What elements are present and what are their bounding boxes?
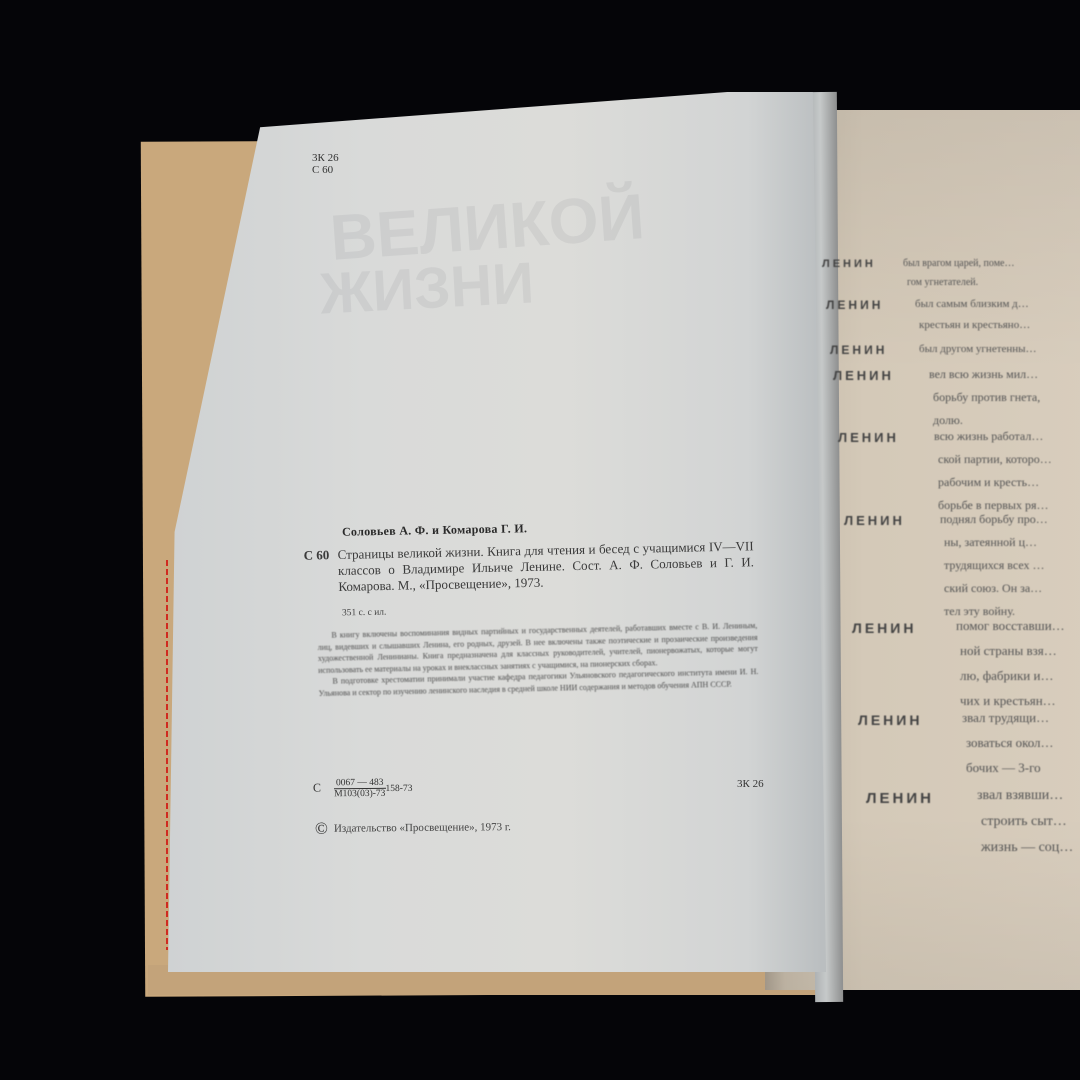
lenin-entry-line: был врагом царей, поме…: [903, 254, 1014, 274]
lenin-heading: ЛЕНИН: [826, 298, 883, 312]
copyright-line: ©Издательство «Просвещение», 1973 г.: [315, 817, 511, 839]
fraction-denominator: М103(03)-73: [334, 789, 386, 799]
catalog-index: С 60: [304, 547, 330, 564]
lenin-entry-line: вел всю жизнь мил…: [929, 364, 1038, 384]
lenin-entry-line: ский союз. Он за…: [944, 578, 1042, 598]
catalog-entry-text: Страницы великой жизни. Книга для чтения…: [338, 538, 755, 595]
lenin-entry-line: звал взявши…: [977, 786, 1063, 806]
lenin-entry-line: зоваться окол…: [966, 733, 1054, 753]
lenin-entry-line: борьбу против гнета,: [933, 387, 1040, 407]
lenin-heading: ЛЕНИН: [852, 620, 916, 636]
lenin-entry-line: строить сыт…: [981, 812, 1067, 832]
publication-index-suffix: 158-73: [385, 784, 412, 794]
lenin-heading: ЛЕНИН: [838, 430, 899, 445]
lenin-heading: ЛЕНИН: [858, 712, 922, 728]
lenin-entry-line: ной страны взя…: [960, 641, 1057, 661]
lenin-entry-line: поднял борьбу про…: [940, 509, 1048, 529]
lenin-entry-line: гом угнетателей.: [907, 273, 978, 293]
lenin-entry-line: был другом угнетенны…: [919, 339, 1037, 359]
classification-code: 3К 26: [737, 778, 764, 790]
lenin-heading: ЛЕНИН: [844, 513, 905, 528]
copyright-text: Издательство «Просвещение», 1973 г.: [334, 821, 511, 835]
lenin-heading: ЛЕНИН: [822, 258, 876, 270]
lenin-entry-line: ны, затеянной ц…: [944, 532, 1037, 552]
fraction-numerator: 0067 — 483: [334, 778, 386, 789]
lenin-entry-line: лю, фабрики и…: [960, 666, 1053, 686]
publication-index-prefix: С: [313, 781, 321, 795]
lenin-entry-line: бочих — 3-го: [966, 758, 1041, 778]
lenin-heading: ЛЕНИН: [866, 790, 934, 807]
pages-info: 351 с. с ил.: [342, 608, 387, 619]
publication-index-fraction: 0067 — 483 М103(03)-73: [334, 778, 386, 799]
bleed-through-title-line2: ЖИЗНИ: [318, 249, 535, 327]
lenin-entry-line: был самым близким д…: [915, 294, 1029, 314]
library-code-author: С 60: [312, 164, 339, 176]
lenin-heading: ЛЕНИН: [833, 368, 894, 383]
lenin-entry-line: всю жизнь работал…: [934, 426, 1043, 446]
copyright-icon: ©: [315, 819, 328, 838]
lenin-heading: ЛЕНИН: [830, 343, 887, 357]
library-code-bbk: 3К 26: [312, 152, 339, 164]
lenin-entry-line: ской партии, которо…: [938, 449, 1052, 469]
lenin-entry-line: звал трудящи…: [962, 708, 1049, 728]
annotation: В книгу включены воспоминания видных пар…: [317, 620, 758, 699]
library-codes: 3К 26 С 60: [312, 152, 339, 176]
lenin-entry-line: жизнь — соц…: [981, 838, 1073, 858]
lenin-entry-line: трудящихся всех …: [944, 555, 1045, 575]
catalog-entry: С 60 Страницы великой жизни. Книга для ч…: [304, 538, 755, 595]
lenin-entry-line: крестьян и крестьяно…: [919, 315, 1030, 335]
red-page-edge: [166, 560, 168, 950]
publication-index: С 0067 — 483 М103(03)-73 158-73: [313, 778, 413, 800]
lenin-entry-line: рабочим и кресть…: [938, 472, 1039, 492]
lenin-entry-line: помог восставши…: [956, 616, 1065, 636]
